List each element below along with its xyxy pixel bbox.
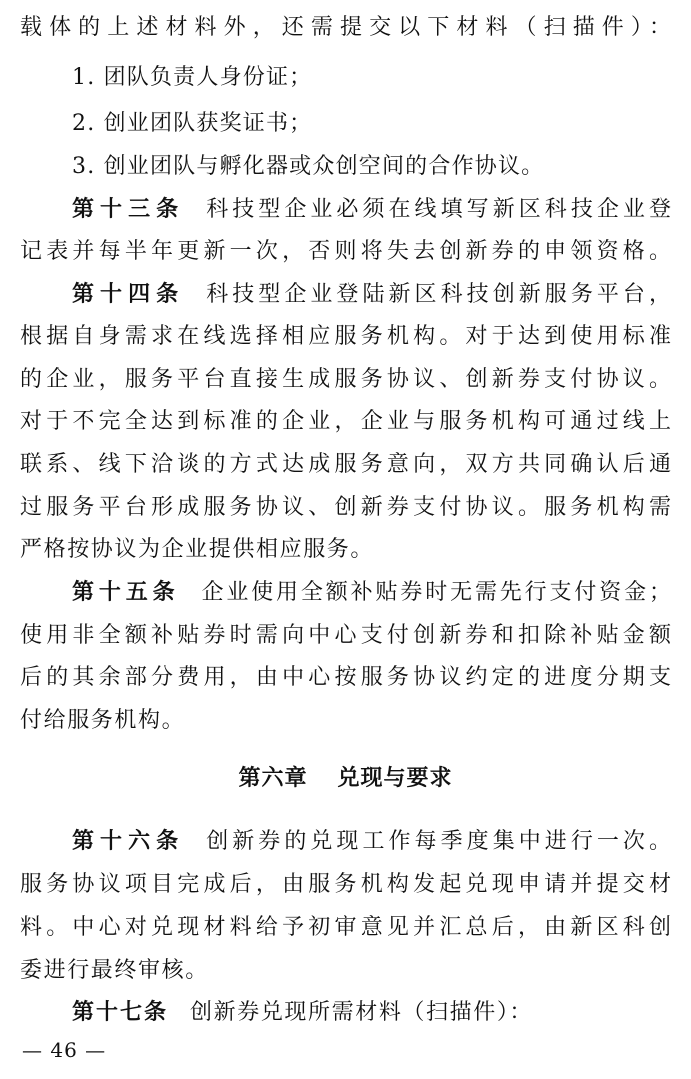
paragraph-line: 严格按协议为企业提供相应服务。 [20, 536, 671, 564]
paragraph-line: 服务协议项目完成后，由服务机构发起兑现申请并提交材 [20, 871, 671, 899]
article-15-first-line: 第十五条企业使用全额补贴券时无需先行支付资金； [72, 579, 671, 607]
paragraph-line: 记表并每半年更新一次，否则将失去创新券的申领资格。 [20, 238, 671, 266]
document-page: 载体的上述材料外，还需提交以下材料（扫描件）： 1. 团队负责人身份证； 2. … [0, 0, 691, 1079]
paragraph-line: 后的其余部分费用，由中心按服务协议约定的进度分期支 [20, 664, 671, 692]
paragraph-line: 对于不完全达到标准的企业，企业与服务机构可通过线上 [20, 408, 671, 436]
list-item: 2. 创业团队获奖证书； [72, 110, 671, 138]
paragraph-line: 付给服务机构。 [20, 707, 671, 735]
paragraph-line: 联系、线下洽谈的方式达成服务意向，双方共同确认后通 [20, 451, 671, 479]
article-label: 第十三条 [72, 197, 184, 222]
paragraph-line: 过服务平台形成服务协议、创新券支付协议。服务机构需 [20, 494, 671, 522]
chapter-heading: 第六章兑现与要求 [0, 765, 691, 793]
article-label: 第十七条 [72, 1000, 168, 1025]
paragraph-line: 使用非全额补贴券时需向中心支付创新券和扣除补贴金额 [20, 622, 671, 650]
paragraph-line: 根据自身需求在线选择相应服务机构。对于达到使用标准 [20, 323, 671, 351]
page-number: — 46 — [22, 1038, 106, 1062]
paragraph-line: 委进行最终审核。 [20, 957, 671, 985]
paragraph-text: 企业使用全额补贴券时无需先行支付资金； [201, 580, 671, 605]
list-item: 1. 团队负责人身份证； [72, 64, 671, 92]
article-14-first-line: 第十四条科技型企业登陆新区科技创新服务平台， [72, 281, 671, 309]
paragraph-text: 创新券兑现所需材料（扫描件）： [190, 1000, 533, 1025]
article-16-first-line: 第十六条创新券的兑现工作每季度集中进行一次。 [72, 828, 671, 856]
paragraph-line: 的企业，服务平台直接生成服务协议、创新券支付协议。 [20, 366, 671, 394]
paragraph-line: 载体的上述材料外，还需提交以下材料（扫描件）： [20, 14, 671, 42]
chapter-title: 兑现与要求 [338, 766, 453, 791]
paragraph-text: 创新券的兑现工作每季度集中进行一次。 [206, 829, 671, 854]
paragraph-line: 料。中心对兑现材料给予初审意见并汇总后，由新区科创 [20, 914, 671, 942]
chapter-number: 第六章 [238, 766, 307, 791]
paragraph-text: 科技型企业登陆新区科技创新服务平台， [206, 282, 671, 307]
article-17-first-line: 第十七条创新券兑现所需材料（扫描件）： [72, 999, 671, 1027]
article-13-first-line: 第十三条科技型企业必须在线填写新区科技企业登 [72, 196, 671, 224]
article-label: 第十四条 [72, 282, 184, 307]
list-item: 3. 创业团队与孵化器或众创空间的合作协议。 [72, 153, 671, 181]
article-label: 第十六条 [72, 829, 184, 854]
paragraph-text: 科技型企业必须在线填写新区科技企业登 [206, 197, 671, 222]
article-label: 第十五条 [72, 580, 179, 605]
